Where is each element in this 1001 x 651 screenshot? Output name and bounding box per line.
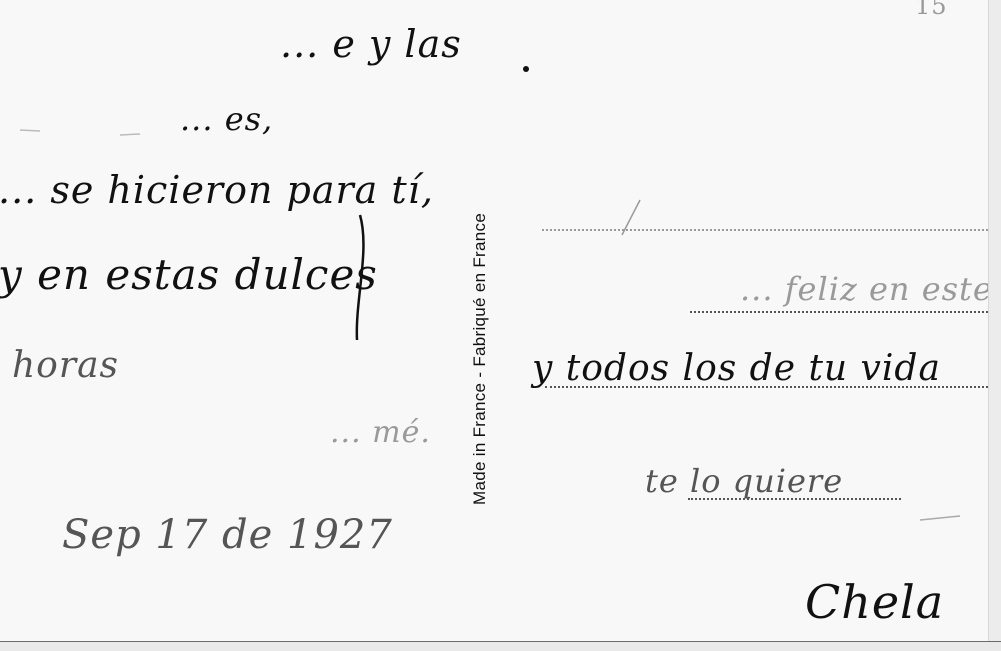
postcard-back: 15 ... e y las ... es, ... se hicieron p… [0, 0, 988, 641]
card-bottom-edge [0, 641, 1001, 651]
faint-ink-strokes [0, 0, 988, 641]
card-right-edge [988, 0, 1001, 651]
